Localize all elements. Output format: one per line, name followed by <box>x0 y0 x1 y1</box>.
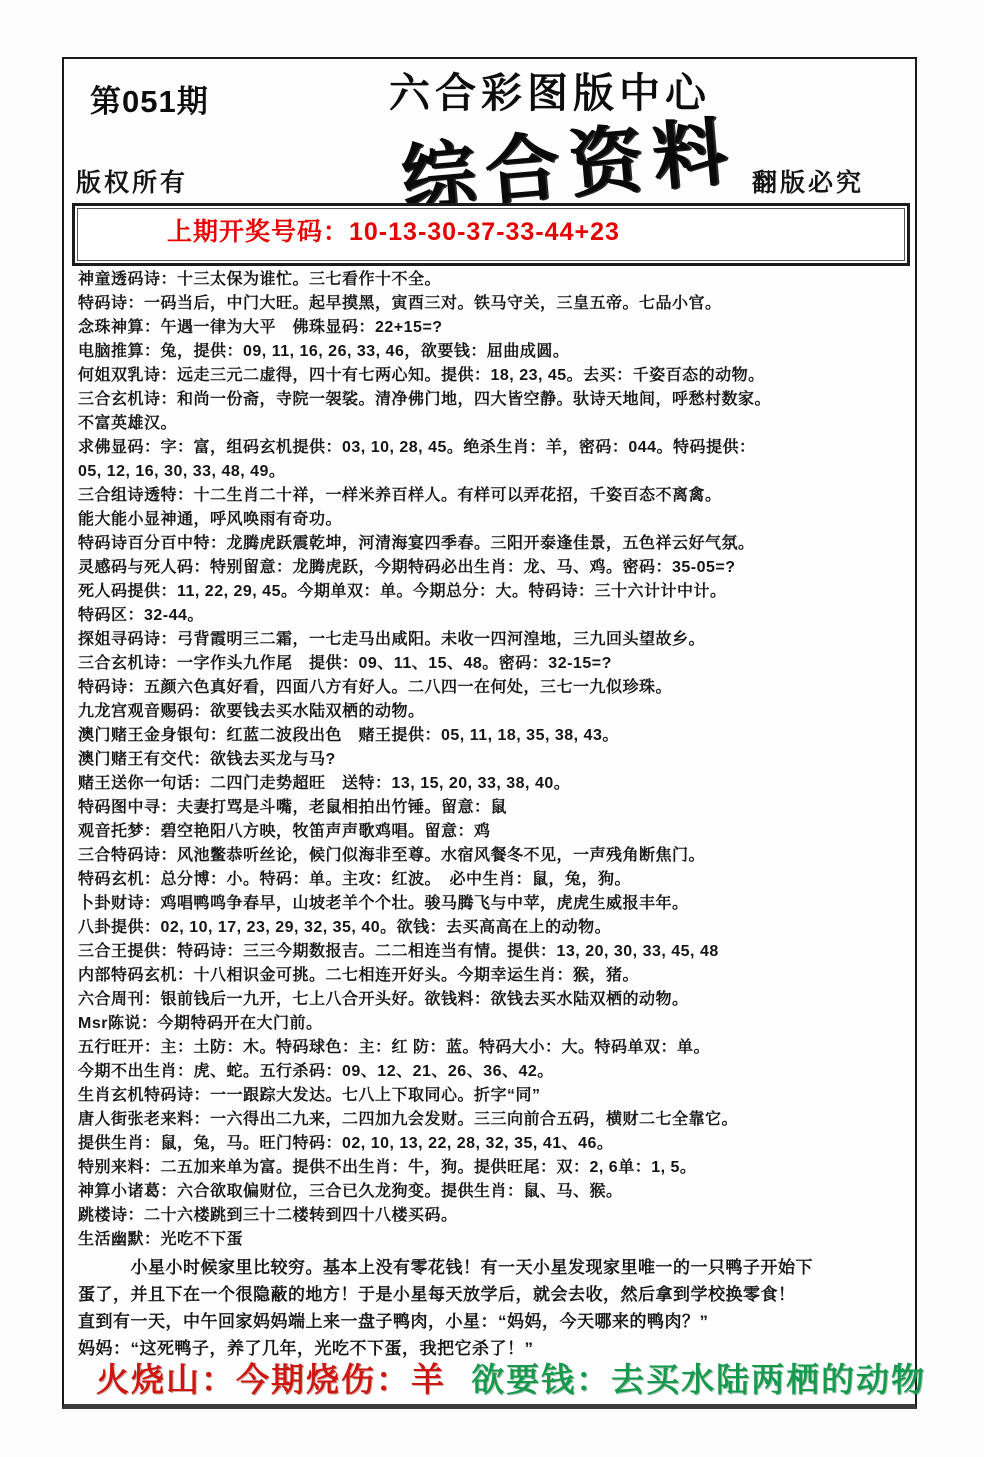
body-line: 特码诗：五颜六色真好看，四面八方有好人。二八四一在何处，三七一九似珍珠。 <box>78 676 910 700</box>
body-line: 神算小诸葛：六合欲取偏财位，三合已久龙狗变。提供生肖：鼠、马、猴。 <box>78 1180 910 1204</box>
body-line: 三合王提供：特码诗：三三今期数报吉。二二相连当有情。提供：13, 20, 30,… <box>78 940 910 964</box>
body-line: 特码图中寻：夫妻打骂是斗嘴，老鼠相拍出竹锤。留意：鼠 <box>78 796 910 820</box>
body-line: 死人码提供：11, 22, 29, 45。今期单双：单。今期总分：大。特码诗：三… <box>78 580 910 604</box>
body-line: 今期不出生肖：虎、蛇。五行杀码：09、12、21、26、36、42。 <box>78 1060 910 1084</box>
story-line: 直到有一天，中午回家妈妈端上来一盘子鸭肉，小星：“妈妈，今天哪来的鸭肉？” <box>78 1308 910 1335</box>
copyright-right: 翻版必究 <box>752 163 864 199</box>
body-line: 内部特码玄机：十八相识金可挑。二七相连开好头。今期幸运生肖：猴，猪。 <box>78 964 910 988</box>
body-line: 六合周刊：银前钱后一九开，七上八合开头好。欲钱料：欲钱去买水陆双栖的动物。 <box>78 988 910 1012</box>
body-line: 赌王送你一句话：二四门走势超旺 送特：13, 15, 20, 33, 38, 4… <box>78 772 910 796</box>
body-line: 特码区：32-44。 <box>78 604 910 628</box>
body-line: 特码诗：一码当后，中门大旺。起早摸黑，寅酉三对。铁马守关，三皇五帝。七品小官。 <box>78 292 910 316</box>
body-line: 三合组诗透特：十二生肖二十祥，一样米养百样人。有样可以弄花招，千姿百态不离禽。 <box>78 484 910 508</box>
body-line: 观音托梦：碧空艳阳八方映，牧笛声声歌鸡唱。留意：鸡 <box>78 820 910 844</box>
body-line: 生肖玄机特码诗：一一跟踪大发达。七八上下取同心。折字“同” <box>78 1084 910 1108</box>
humor-story-block: 小星小时候家里比较穷。基本上没有零花钱！有一天小星发现家里唯一的一只鸭子开始下蛋… <box>78 1254 910 1362</box>
body-text-block: 神童透码诗：十三太保为谁忙。三七看作十不全。特码诗：一码当后，中门大旺。起早摸黑… <box>78 268 910 1252</box>
issue-number: 第051期 <box>90 76 209 121</box>
body-line: 电脑推算：兔，提供：09, 11, 16, 26, 33, 46，欲要钱：屈曲成… <box>78 340 910 364</box>
footer-green-text: 欲要钱：去买水陆两栖的动物 <box>471 1361 926 1398</box>
body-line: 澳门赌王金身银句：红蓝二波段出色 赌王提供：05, 11, 18, 35, 38… <box>78 724 910 748</box>
copyright-left: 版权所有 <box>76 163 188 199</box>
story-line: 小星小时候家里比较穷。基本上没有零花钱！有一天小星发现家里唯一的一只鸭子开始下 <box>78 1254 910 1281</box>
footer-red-text: 火烧山：今期烧伤：羊 <box>96 1361 446 1398</box>
body-line: 八卦提供：02, 10, 17, 23, 29, 32, 35, 40。欲钱：去… <box>78 916 910 940</box>
lottery-info-sheet: 第051期 六合彩图版中心 综合资料 版权所有 翻版必究 上期开奖号码：10-1… <box>0 0 984 1457</box>
last-draw-numbers: 上期开奖号码：10-13-30-37-33-44+23 <box>75 206 907 259</box>
body-line: 念珠神算：午遇一律为大平 佛珠显码：22+15=? <box>78 316 910 340</box>
body-line: Msr陈说：今期特码开在大门前。 <box>78 1012 910 1036</box>
body-line: 何姐双乳诗：远走三元二虚得，四十有七两心知。提供：18, 23, 45。去买：千… <box>78 364 910 388</box>
body-line: 特别来料：二五加来单为富。提供不出生肖：牛，狗。提供旺尾：双：2, 6单：1, … <box>78 1156 910 1180</box>
body-line: 唐人街张老来料：一六得出二九来，二四加九会发财。三三向前合五码，横财二七全靠它。 <box>78 1108 910 1132</box>
body-line: 05, 12, 16, 30, 33, 48, 49。 <box>78 460 910 484</box>
body-line: 特码诗百分百中特：龙腾虎跃震乾坤，河清海宴四季春。三阳开泰逢佳景，五色祥云好气氛… <box>78 532 910 556</box>
body-line: 九龙宫观音赐码：欲要钱去买水陆双栖的动物。 <box>78 700 910 724</box>
body-line: 神童透码诗：十三太保为谁忙。三七看作十不全。 <box>78 268 910 292</box>
last-draw-box: 上期开奖号码：10-13-30-37-33-44+23 <box>72 203 910 266</box>
footer-tip-line: 火烧山：今期烧伤：羊 欲要钱：去买水陆两栖的动物 <box>96 1354 908 1401</box>
body-line: 三合玄机诗：和尚一份斋，寺院一袈裟。清净佛门地，四大皆空静。驮诗天地间，呼愁村数… <box>78 388 910 412</box>
body-line: 特码玄机：总分博：小。特码：单。主攻：红波。 必中生肖：鼠，兔，狗。 <box>78 868 910 892</box>
story-line: 蛋了，并且下在一个很隐蔽的地方！于是小星每天放学后，就会去收，然后拿到学校换零食… <box>78 1281 910 1308</box>
body-line: 灵感码与死人码：特别留意：龙腾虎跃，今期特码必出生肖：龙、马、鸡。密码：35-0… <box>78 556 910 580</box>
body-line: 不富英雄汉。 <box>78 412 910 436</box>
body-line: 跳楼诗：二十六楼跳到三十二楼转到四十八楼买码。 <box>78 1204 910 1228</box>
body-line: 五行旺开：主：土防：木。特码球色：主：红 防：蓝。特码大小：大。特码单双：单。 <box>78 1036 910 1060</box>
body-line: 能大能小显神通，呼风唤雨有奇功。 <box>78 508 910 532</box>
body-line: 澳门赌王有交代：欲钱去买龙与马? <box>78 748 910 772</box>
body-line: 卜卦财诗：鸡唱鸭鸣争春早，山坡老羊个个壮。骏马腾飞与中苹，虎虎生威报丰年。 <box>78 892 910 916</box>
body-line: 求佛显码：字：富，组码玄机提供：03, 10, 28, 45。绝杀生肖：羊，密码… <box>78 436 910 460</box>
body-line: 提供生肖：鼠，兔，马。旺门特码：02, 10, 13, 22, 28, 32, … <box>78 1132 910 1156</box>
body-line: 三合特码诗：风池鳖恭听丝论，候门似海非至尊。水宿风餐冬不见，一声残角断焦门。 <box>78 844 910 868</box>
body-line: 生活幽默：光吃不下蛋 <box>78 1228 910 1252</box>
body-line: 三合玄机诗：一字作头九作尾 提供：09、11、15、48。密码：32-15=? <box>78 652 910 676</box>
body-line: 探姐寻码诗：弓背霞明三二霜，一七走马出咸阳。未收一四河湟地，三九回头望故乡。 <box>78 628 910 652</box>
